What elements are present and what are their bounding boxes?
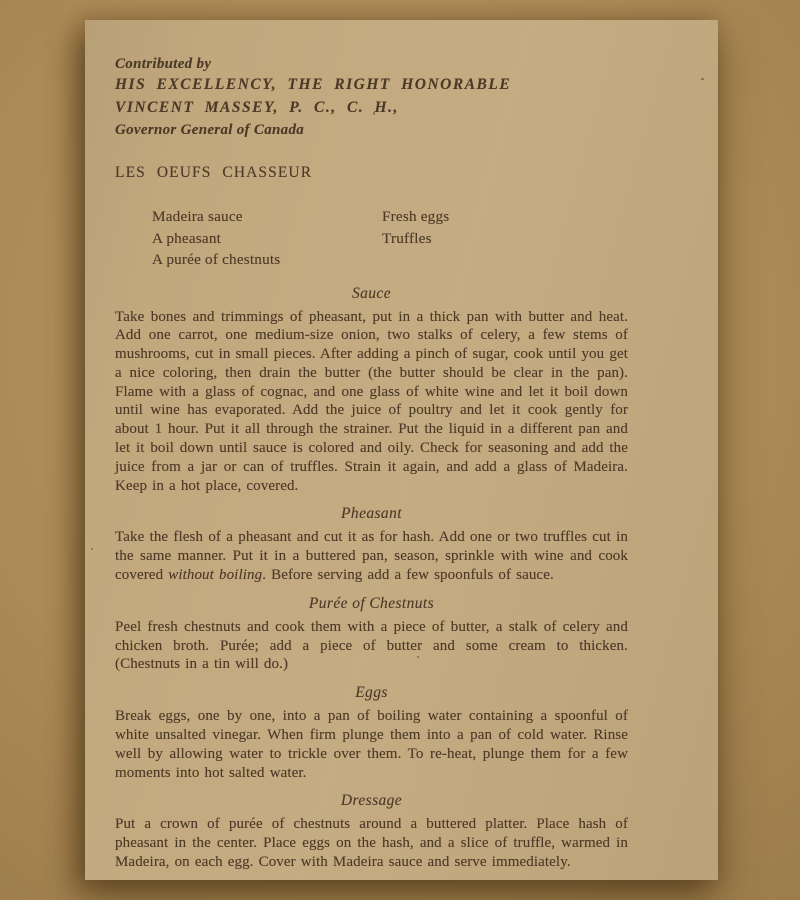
contributor-name-line2: VINCENT MASSEY, P. C., C. H., [115, 97, 628, 120]
section-pheasant: Pheasant Take the flesh of a pheasant an… [115, 505, 628, 584]
section-heading-eggs: Eggs [115, 684, 628, 701]
pheasant-body-emphasis: without boiling [168, 567, 262, 583]
section-body-dressage: Put a crown of purée of chestnuts around… [115, 815, 628, 871]
section-body-eggs: Break eggs, one by one, into a pan of bo… [115, 707, 628, 782]
recipe-title: LES OEUFS CHASSEUR [115, 165, 628, 181]
section-heading-dressage: Dressage [115, 792, 628, 809]
ingredient-item: Fresh eggs [382, 206, 449, 228]
scan-speck [373, 112, 375, 115]
contributor-name-line1: HIS EXCELLENCY, THE RIGHT HONORABLE [115, 74, 628, 97]
pheasant-body-post: . Before serving add a few spoonfuls of … [262, 567, 554, 583]
section-heading-sauce: Sauce [115, 285, 628, 302]
ingredient-item: Truffles [382, 228, 449, 250]
section-body-pheasant: Take the flesh of a pheasant and cut it … [115, 528, 628, 584]
recipe-page: Contributed by HIS EXCELLENCY, THE RIGHT… [85, 20, 718, 880]
contributor-block: Contributed by HIS EXCELLENCY, THE RIGHT… [115, 54, 628, 141]
section-body-sauce: Take bones and trimmings of pheasant, pu… [115, 308, 628, 496]
section-heading-pheasant: Pheasant [115, 505, 628, 522]
section-dressage: Dressage Put a crown of purée of chestnu… [115, 792, 628, 871]
ingredient-item: A pheasant [152, 228, 382, 250]
ingredient-item: A purée of chestnuts [152, 249, 382, 271]
ingredient-item: Madeira sauce [152, 206, 382, 228]
ingredients-column-right: Fresh eggs Truffles [382, 206, 449, 271]
scan-background: Contributed by HIS EXCELLENCY, THE RIGHT… [0, 0, 800, 900]
section-puree-of-chestnuts: Purée of Chestnuts Peel fresh chestnuts … [115, 595, 628, 674]
scan-speck [417, 656, 419, 658]
section-sauce: Sauce Take bones and trimmings of pheasa… [115, 285, 628, 496]
scan-speck [91, 548, 93, 550]
contributor-role: Governor General of Canada [115, 119, 628, 141]
section-heading-puree: Purée of Chestnuts [115, 595, 628, 612]
ingredients-list: Madeira sauce A pheasant A purée of ches… [152, 206, 628, 271]
contributed-by-label: Contributed by [115, 54, 628, 74]
section-body-puree: Peel fresh chestnuts and cook them with … [115, 618, 628, 674]
ingredients-column-left: Madeira sauce A pheasant A purée of ches… [152, 206, 382, 271]
section-eggs: Eggs Break eggs, one by one, into a pan … [115, 684, 628, 782]
scan-speck [701, 78, 704, 80]
